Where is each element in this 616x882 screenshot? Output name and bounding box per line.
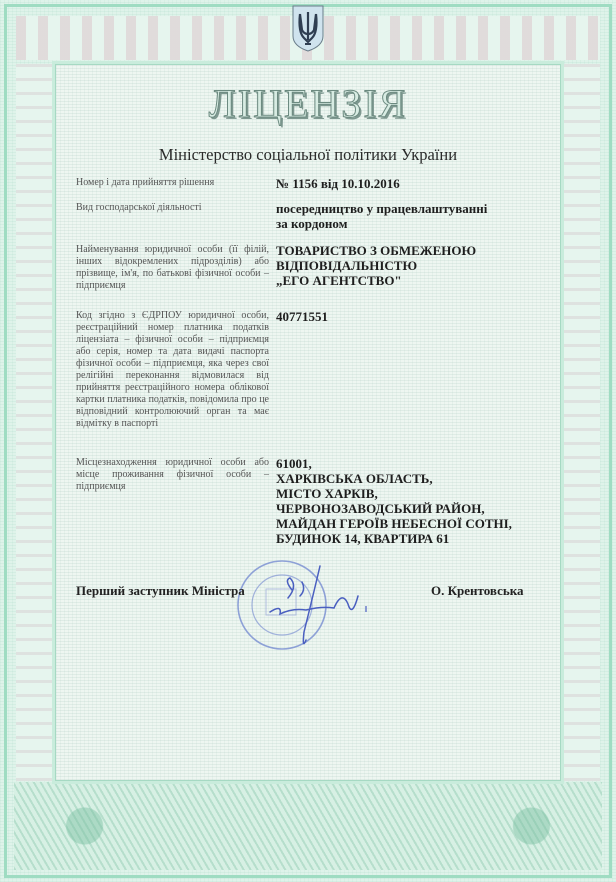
signatory-position: Перший заступник Міністра [76, 583, 245, 599]
signature-mark [262, 560, 382, 660]
license-document: ЛІЦЕНЗІЯ Міністерство соціальної політик… [0, 0, 616, 882]
right-ornament-band [562, 64, 600, 781]
issuer-name: Міністерство соціальної політики України [0, 145, 616, 165]
field-value: 61001, ХАРКІВСЬКА ОБЛАСТЬ, МІСТО ХАРКІВ,… [276, 456, 566, 546]
document-title: ЛІЦЕНЗІЯ [0, 80, 616, 127]
signature-block: Перший заступник Міністра О. Крентовська [76, 583, 546, 603]
field-label: Найменування юридичної особи (її філій, … [76, 244, 269, 292]
field-value: № 1156 від 10.10.2016 [276, 176, 566, 191]
field-label: Місцезнаходження юридичної особи або міс… [76, 457, 269, 493]
field-value: посередництво у працевлаштуванні за корд… [276, 201, 566, 231]
field-value: ТОВАРИСТВО З ОБМЕЖЕНОЮ ВІДПОВІДАЛЬНІСТЮ … [276, 243, 566, 288]
bottom-ornament-band [14, 782, 602, 870]
left-ornament-band [16, 64, 54, 781]
field-label: Номер і дата прийняття рішення [76, 177, 269, 189]
field-label: Вид господарської діяльності [76, 202, 269, 214]
field-label: Код згідно з ЄДРПОУ юридичної особи, реє… [76, 310, 269, 430]
signatory-name: О. Крентовська [431, 583, 524, 599]
field-value: 40771551 [276, 309, 566, 324]
coat-of-arms-icon [290, 4, 326, 52]
